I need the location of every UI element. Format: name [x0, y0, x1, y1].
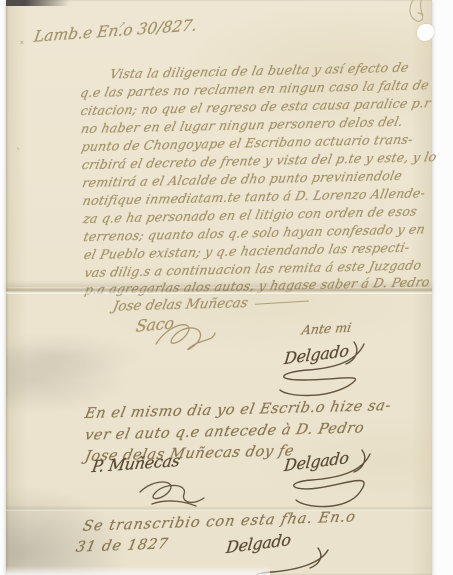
manuscript-page: ↗ ˟ ˋ Lamb.e En.o 30/827. Vista la dilig… [6, 0, 432, 575]
delgado-rubric-2 [270, 448, 382, 514]
delgado-rubric-1 [268, 340, 374, 400]
flourish-dash [255, 300, 309, 304]
ante-mi-text: Ante mi [301, 320, 353, 338]
ante-mi-label: Ante mi [302, 320, 352, 338]
saco-rubric [152, 318, 218, 354]
delgado-rubric-3 [234, 548, 338, 575]
scanned-manuscript-view: ↗ ˟ ˋ Lamb.e En.o 30/827. Vista la dilig… [0, 0, 453, 575]
fold-crease [6, 287, 432, 294]
munecas-rubric [134, 476, 212, 510]
transcription-line: 31 de 1827 [76, 536, 169, 555]
transcription-line-text: 31 de 1827 [74, 536, 170, 555]
